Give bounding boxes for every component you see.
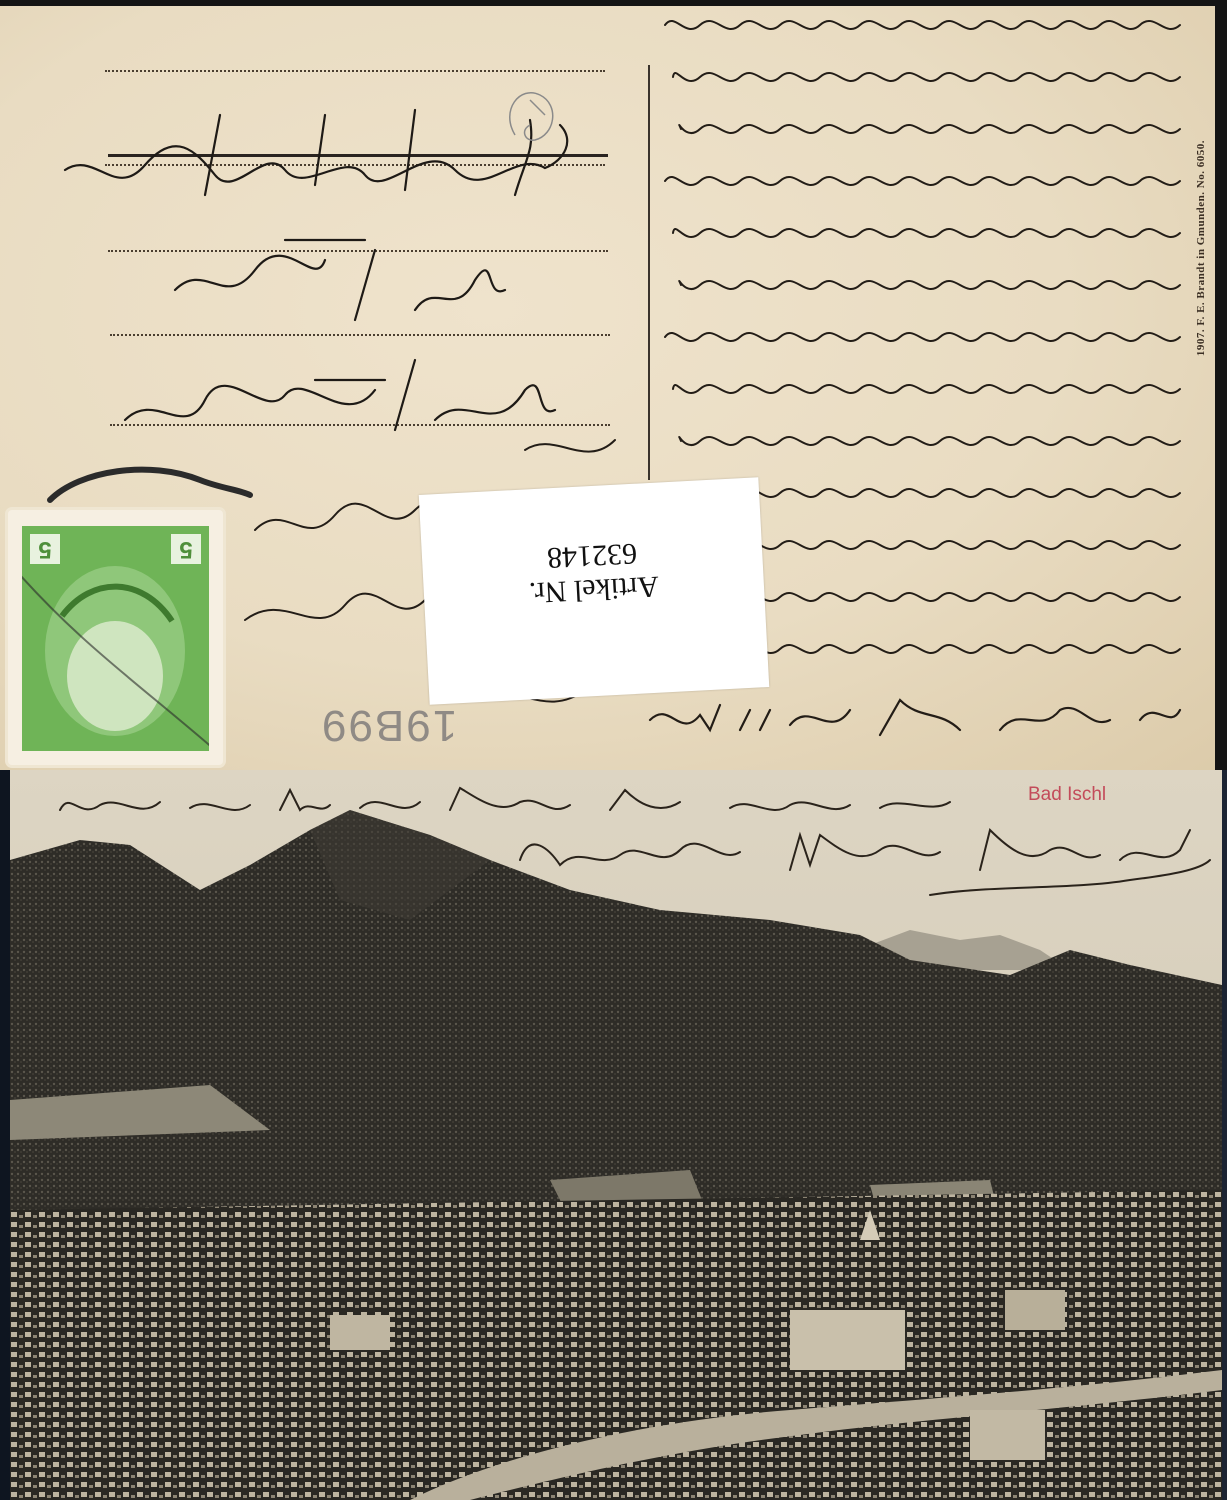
dateline-handwriting bbox=[640, 690, 1200, 750]
publisher-imprint: 1907. F. E. Brandt in Gmunden. No. 6050. bbox=[1195, 140, 1215, 356]
stamp-denomination-right: 5 bbox=[171, 534, 201, 564]
pencil-note: 19B99 bbox=[320, 700, 457, 750]
scan-border-left bbox=[0, 770, 10, 1500]
stamp-denomination-left: 5 bbox=[30, 534, 60, 564]
pencil-mark bbox=[500, 80, 570, 150]
scan-border-right bbox=[1215, 0, 1227, 770]
postcard-back: 1907. F. E. Brandt in Gmunden. No. 6050.… bbox=[0, 0, 1227, 770]
place-title: Bad Ischl bbox=[1028, 784, 1106, 806]
stamp-face: 5 5 bbox=[22, 526, 209, 751]
address-line bbox=[105, 70, 605, 72]
article-number-sticker: Artikel Nr. 632148 bbox=[419, 477, 770, 705]
front-handwriting-line-2 bbox=[510, 820, 1220, 900]
card-divider bbox=[648, 65, 650, 480]
postcard-front: Bad Ischl bbox=[10, 770, 1222, 1500]
postmark-arc bbox=[40, 460, 260, 520]
sticker-text: Artikel Nr. 632148 bbox=[421, 529, 764, 615]
postage-stamp-icon: 5 5 bbox=[8, 510, 223, 765]
